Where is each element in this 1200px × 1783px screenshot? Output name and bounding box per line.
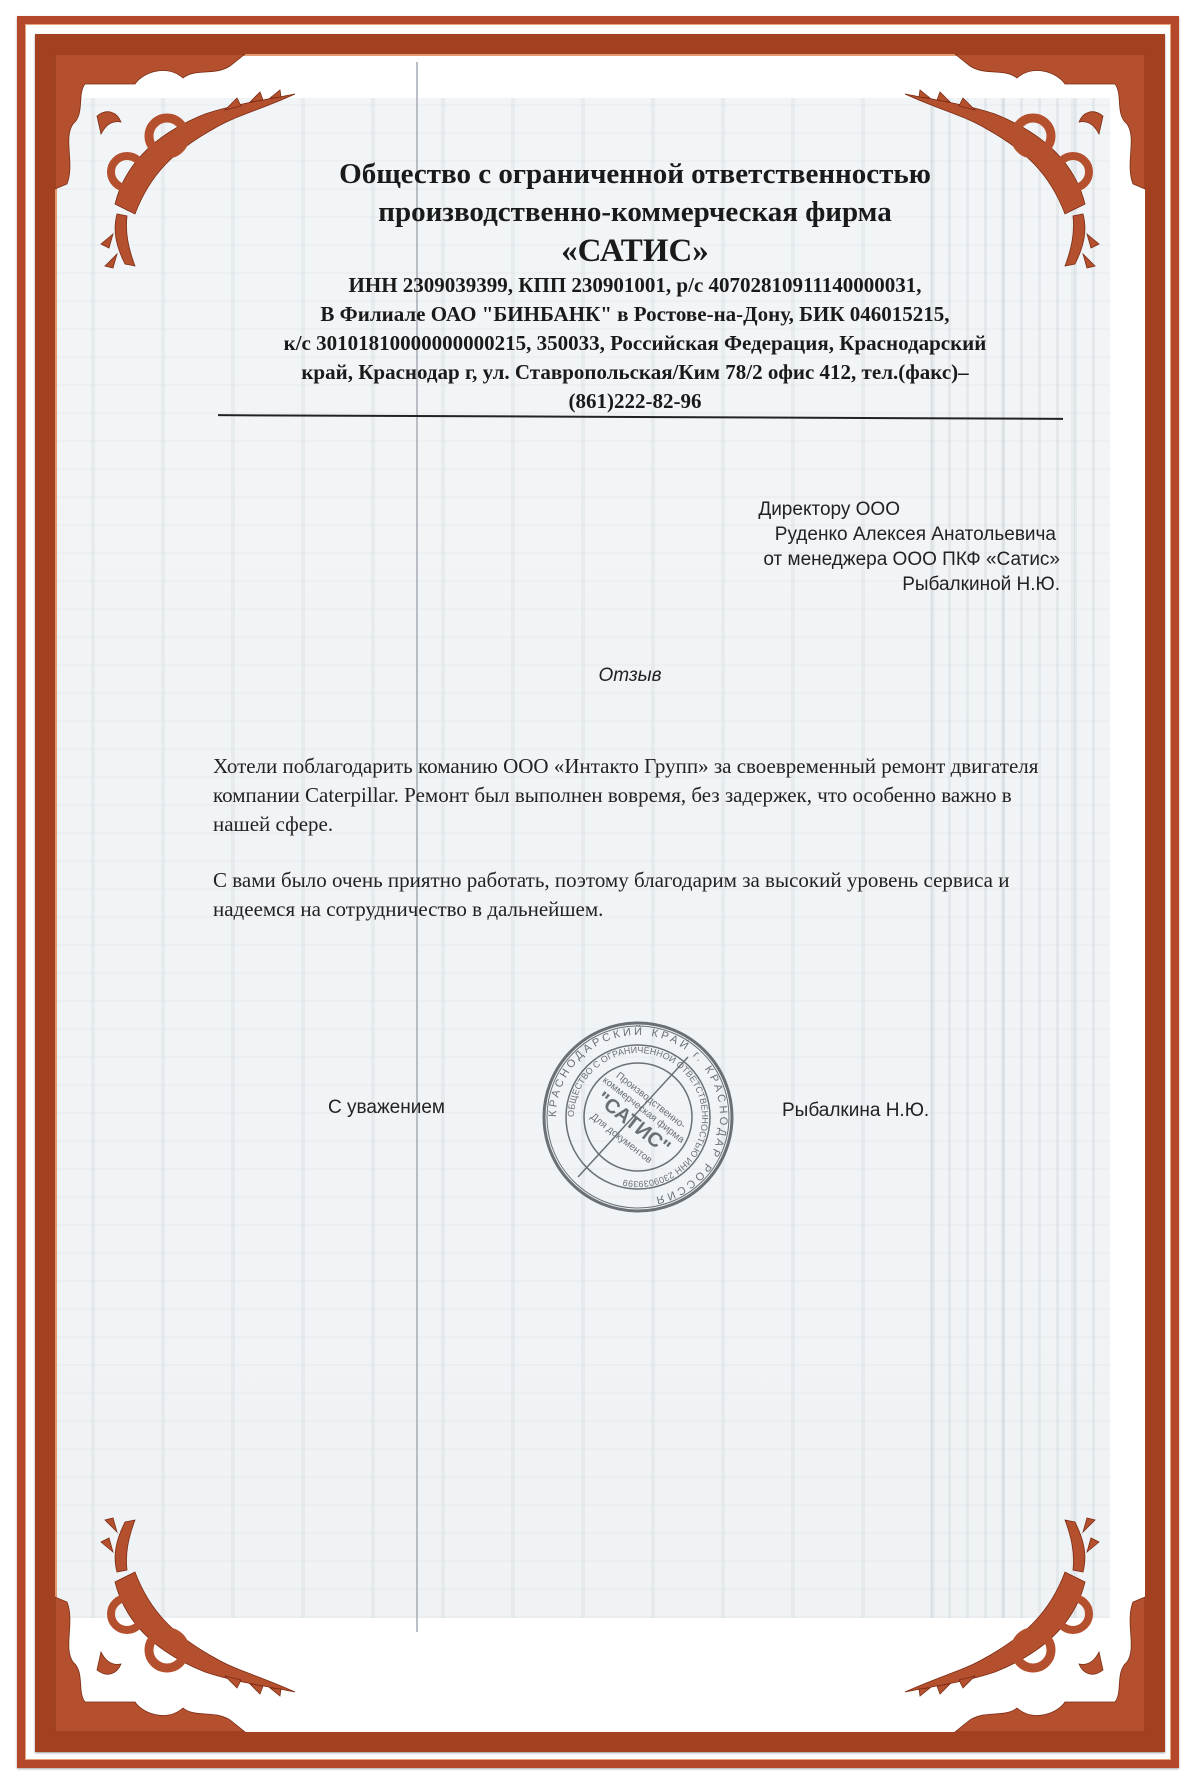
letter-body: Хотели поблагодарить команию ООО «Интакт… — [213, 752, 1053, 951]
requisites-line: к/с 30101810000000000215, 350033, Россий… — [200, 329, 1070, 358]
requisites-line: край, Краснодар г, ул. Ставропольская/Ки… — [200, 358, 1070, 387]
addressee-line: Руденко Алексея Анатольевича — [758, 522, 1060, 547]
org-type-line1: Общество с ограниченной ответственностью — [200, 155, 1070, 193]
ornament-corner-icon — [55, 1482, 305, 1732]
addressee-line: Рыбалкиной Н.Ю. — [758, 572, 1060, 597]
org-type-line2: производственно-коммерческая фирма — [200, 193, 1070, 231]
body-paragraph: Хотели поблагодарить команию ООО «Интакт… — [213, 752, 1053, 839]
addressee-line: Директору ООО — [758, 497, 1060, 522]
requisites-line: В Филиале ОАО "БИНБАНК" в Ростове-на-Дон… — [200, 300, 1070, 329]
addressee-line: от менеджера ООО ПКФ «Сатис» — [758, 547, 1060, 572]
document-title: Отзыв — [540, 665, 720, 687]
requisites-line: (861)222-82-96 — [200, 387, 1070, 416]
letterhead: Общество с ограниченной ответственностью… — [200, 155, 1070, 416]
org-name: «САТИС» — [200, 231, 1070, 271]
company-stamp-icon: КРАСНОДАРСКИЙ КРАЙ г. КРАСНОДАР РОССИЯ О… — [538, 1017, 738, 1217]
body-paragraph: С вами было очень приятно работать, поэт… — [213, 866, 1053, 924]
closing-phrase: С уважением — [328, 1097, 445, 1119]
signer-name: Рыбалкина Н.Ю. — [782, 1100, 929, 1122]
ornament-corner-icon — [895, 1482, 1145, 1732]
addressee-block: Директору ООО Руденко Алексея Анатольеви… — [758, 497, 1060, 597]
requisites-line: ИНН 2309039399, КПП 230901001, р/с 40702… — [200, 271, 1070, 300]
